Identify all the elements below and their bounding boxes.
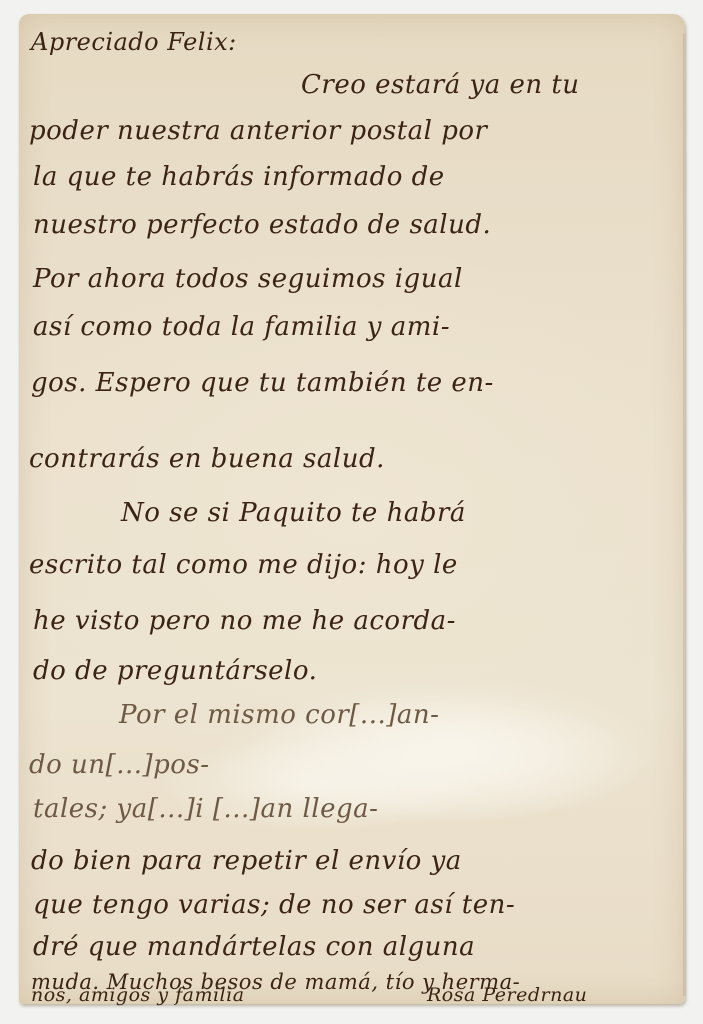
- letter-line-17: que tengo varias; de no ser así ten-: [33, 892, 515, 918]
- closing-line: nos, amigos y familia: [31, 986, 245, 1005]
- letter-line-13: Por el mismo cor[...]an-: [119, 702, 439, 728]
- postcard: Apreciado Felix: Creo estará ya en tu po…: [19, 14, 685, 1004]
- letter-line-3: la que te habrás informado de: [33, 164, 445, 190]
- letter-line-8: contrarás en buena salud.: [29, 446, 385, 472]
- letter-line-15: tales; ya[...]i [...]an llega-: [33, 796, 378, 822]
- letter-line-6: así como toda la familia y ami-: [33, 314, 450, 340]
- letter-line-1: Creo estará ya en tu: [301, 72, 580, 98]
- letter-line-12: do de preguntárselo.: [33, 658, 317, 684]
- letter-line-7: gos. Espero que tu también te en-: [31, 370, 494, 396]
- letter-line-16: do bien para repetir el envío ya: [31, 848, 462, 874]
- letter-line-5: Por ahora todos seguimos igual: [33, 266, 463, 292]
- letter-line-2: poder nuestra anterior postal por: [29, 118, 487, 144]
- letter-line-10: escrito tal como me dijo: hoy le: [29, 552, 458, 578]
- letter-line-4: nuestro perfecto estado de salud.: [33, 212, 491, 238]
- salutation: Apreciado Felix:: [31, 30, 237, 54]
- signature: Rosa Peredrnau: [427, 986, 587, 1005]
- letter-line-18: dré que mandártelas con alguna: [33, 934, 475, 960]
- letter-line-9: No se si Paquito te habrá: [121, 500, 466, 526]
- letter-line-11: he visto pero no me he acorda-: [33, 608, 456, 634]
- letter-line-14: do un[...]pos-: [29, 752, 210, 778]
